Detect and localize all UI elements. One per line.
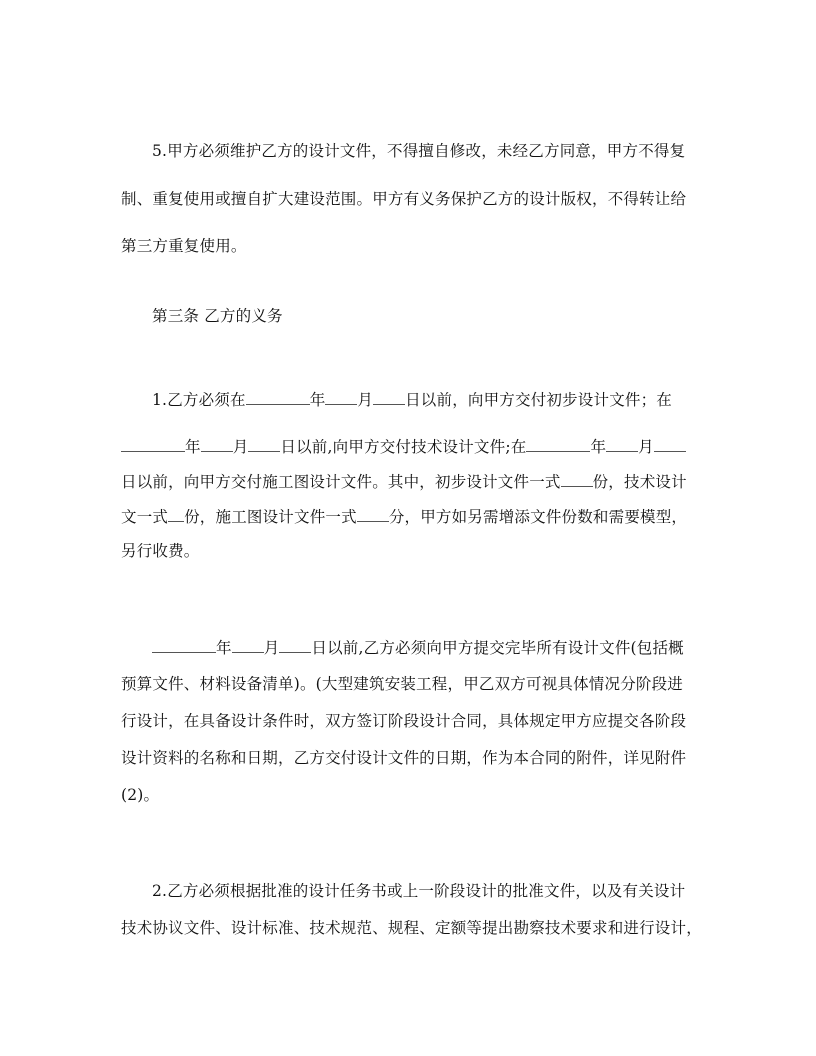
blank-year[interactable] [152, 637, 216, 653]
text: 年 [590, 438, 606, 456]
blank-month[interactable] [606, 436, 638, 452]
blank-year[interactable] [526, 436, 590, 452]
text: 月 [264, 639, 280, 657]
para5-line1: 5.甲方必须维护乙方的设计文件，不得擅自修改，未经乙方同意，甲方不得复 [152, 141, 696, 161]
item1-line2: 年月日以前,向甲方交付技术设计文件;在年月 [121, 436, 696, 457]
item1b-line2: 预算文件、材料设备清单)。(大型建筑安装工程，甲乙双方可视具体情况分阶段进 [121, 674, 696, 694]
text: 月 [357, 391, 373, 409]
text: 月 [638, 438, 654, 456]
item1-line1: 1.乙方必须在年月日以前，向甲方交付初步设计文件；在 [152, 389, 696, 410]
item2-line2: 技术协议文件、设计标准、技术规范、规程、定额等提出勘察技术要求和进行设计， [121, 918, 696, 938]
document-page: 5.甲方必须维护乙方的设计文件，不得擅自修改，未经乙方同意，甲方不得复 制、重复… [0, 0, 816, 1056]
item1b-line3: 行设计，在具备设计条件时，双方签订阶段设计合同，具体规定甲方应提交各阶段 [121, 711, 696, 731]
blank-day[interactable] [373, 389, 405, 405]
blank-copies[interactable] [357, 506, 389, 522]
item1-line5: 另行收费。 [121, 541, 696, 561]
text: 日以前,向甲方交付技术设计文件;在 [280, 438, 526, 456]
text: 1.乙方必须在 [152, 391, 246, 409]
blank-copies[interactable] [561, 471, 593, 487]
text: 日以前，向甲方交付施工图设计文件。其中，初步设计文件一式 [121, 473, 561, 491]
blank-day[interactable] [654, 436, 686, 452]
text: 月 [233, 438, 249, 456]
item1-line3: 日以前，向甲方交付施工图设计文件。其中，初步设计文件一式份，技术设计 [121, 471, 696, 492]
item1b-line1: 年月日以前,乙方必须向甲方提交完毕所有设计文件(包括概 [152, 637, 696, 658]
text: 分，甲方如另需增添文件份数和需要模型， [389, 508, 687, 526]
article3-heading: 第三条 乙方的义务 [152, 306, 696, 326]
para5-line3: 第三方重复使用。 [121, 236, 696, 256]
blank-month[interactable] [325, 389, 357, 405]
blank-month[interactable] [232, 637, 264, 653]
blank-day[interactable] [248, 436, 280, 452]
text: 年 [185, 438, 201, 456]
text: 份，技术设计 [593, 473, 687, 491]
item2-line1: 2.乙方必须根据批准的设计任务书或上一阶段设计的批准文件，以及有关设计 [152, 881, 696, 901]
blank-month[interactable] [201, 436, 233, 452]
item1-line4: 文一式份，施工图设计文件一式分，甲方如另需增添文件份数和需要模型， [121, 506, 696, 527]
text: 日以前，向甲方交付初步设计文件；在 [405, 391, 672, 409]
text: 文一式 [121, 508, 168, 526]
text: 日以前,乙方必须向甲方提交完毕所有设计文件(包括概 [311, 639, 683, 657]
blank-year[interactable] [246, 389, 310, 405]
text: 份，施工图设计文件一式 [184, 508, 357, 526]
para5-line2: 制、重复使用或擅自扩大建设范围。甲方有义务保护乙方的设计版权，不得转让给 [121, 189, 696, 209]
text: 年 [216, 639, 232, 657]
item1b-line4: 设计资料的名称和日期，乙方交付设计文件的日期，作为本合同的附件，详见附件 [121, 748, 696, 768]
blank-copies[interactable] [168, 506, 184, 522]
blank-year[interactable] [121, 436, 185, 452]
blank-day[interactable] [279, 637, 311, 653]
text: 年 [310, 391, 326, 409]
item1b-line5: (2)。 [121, 785, 696, 805]
